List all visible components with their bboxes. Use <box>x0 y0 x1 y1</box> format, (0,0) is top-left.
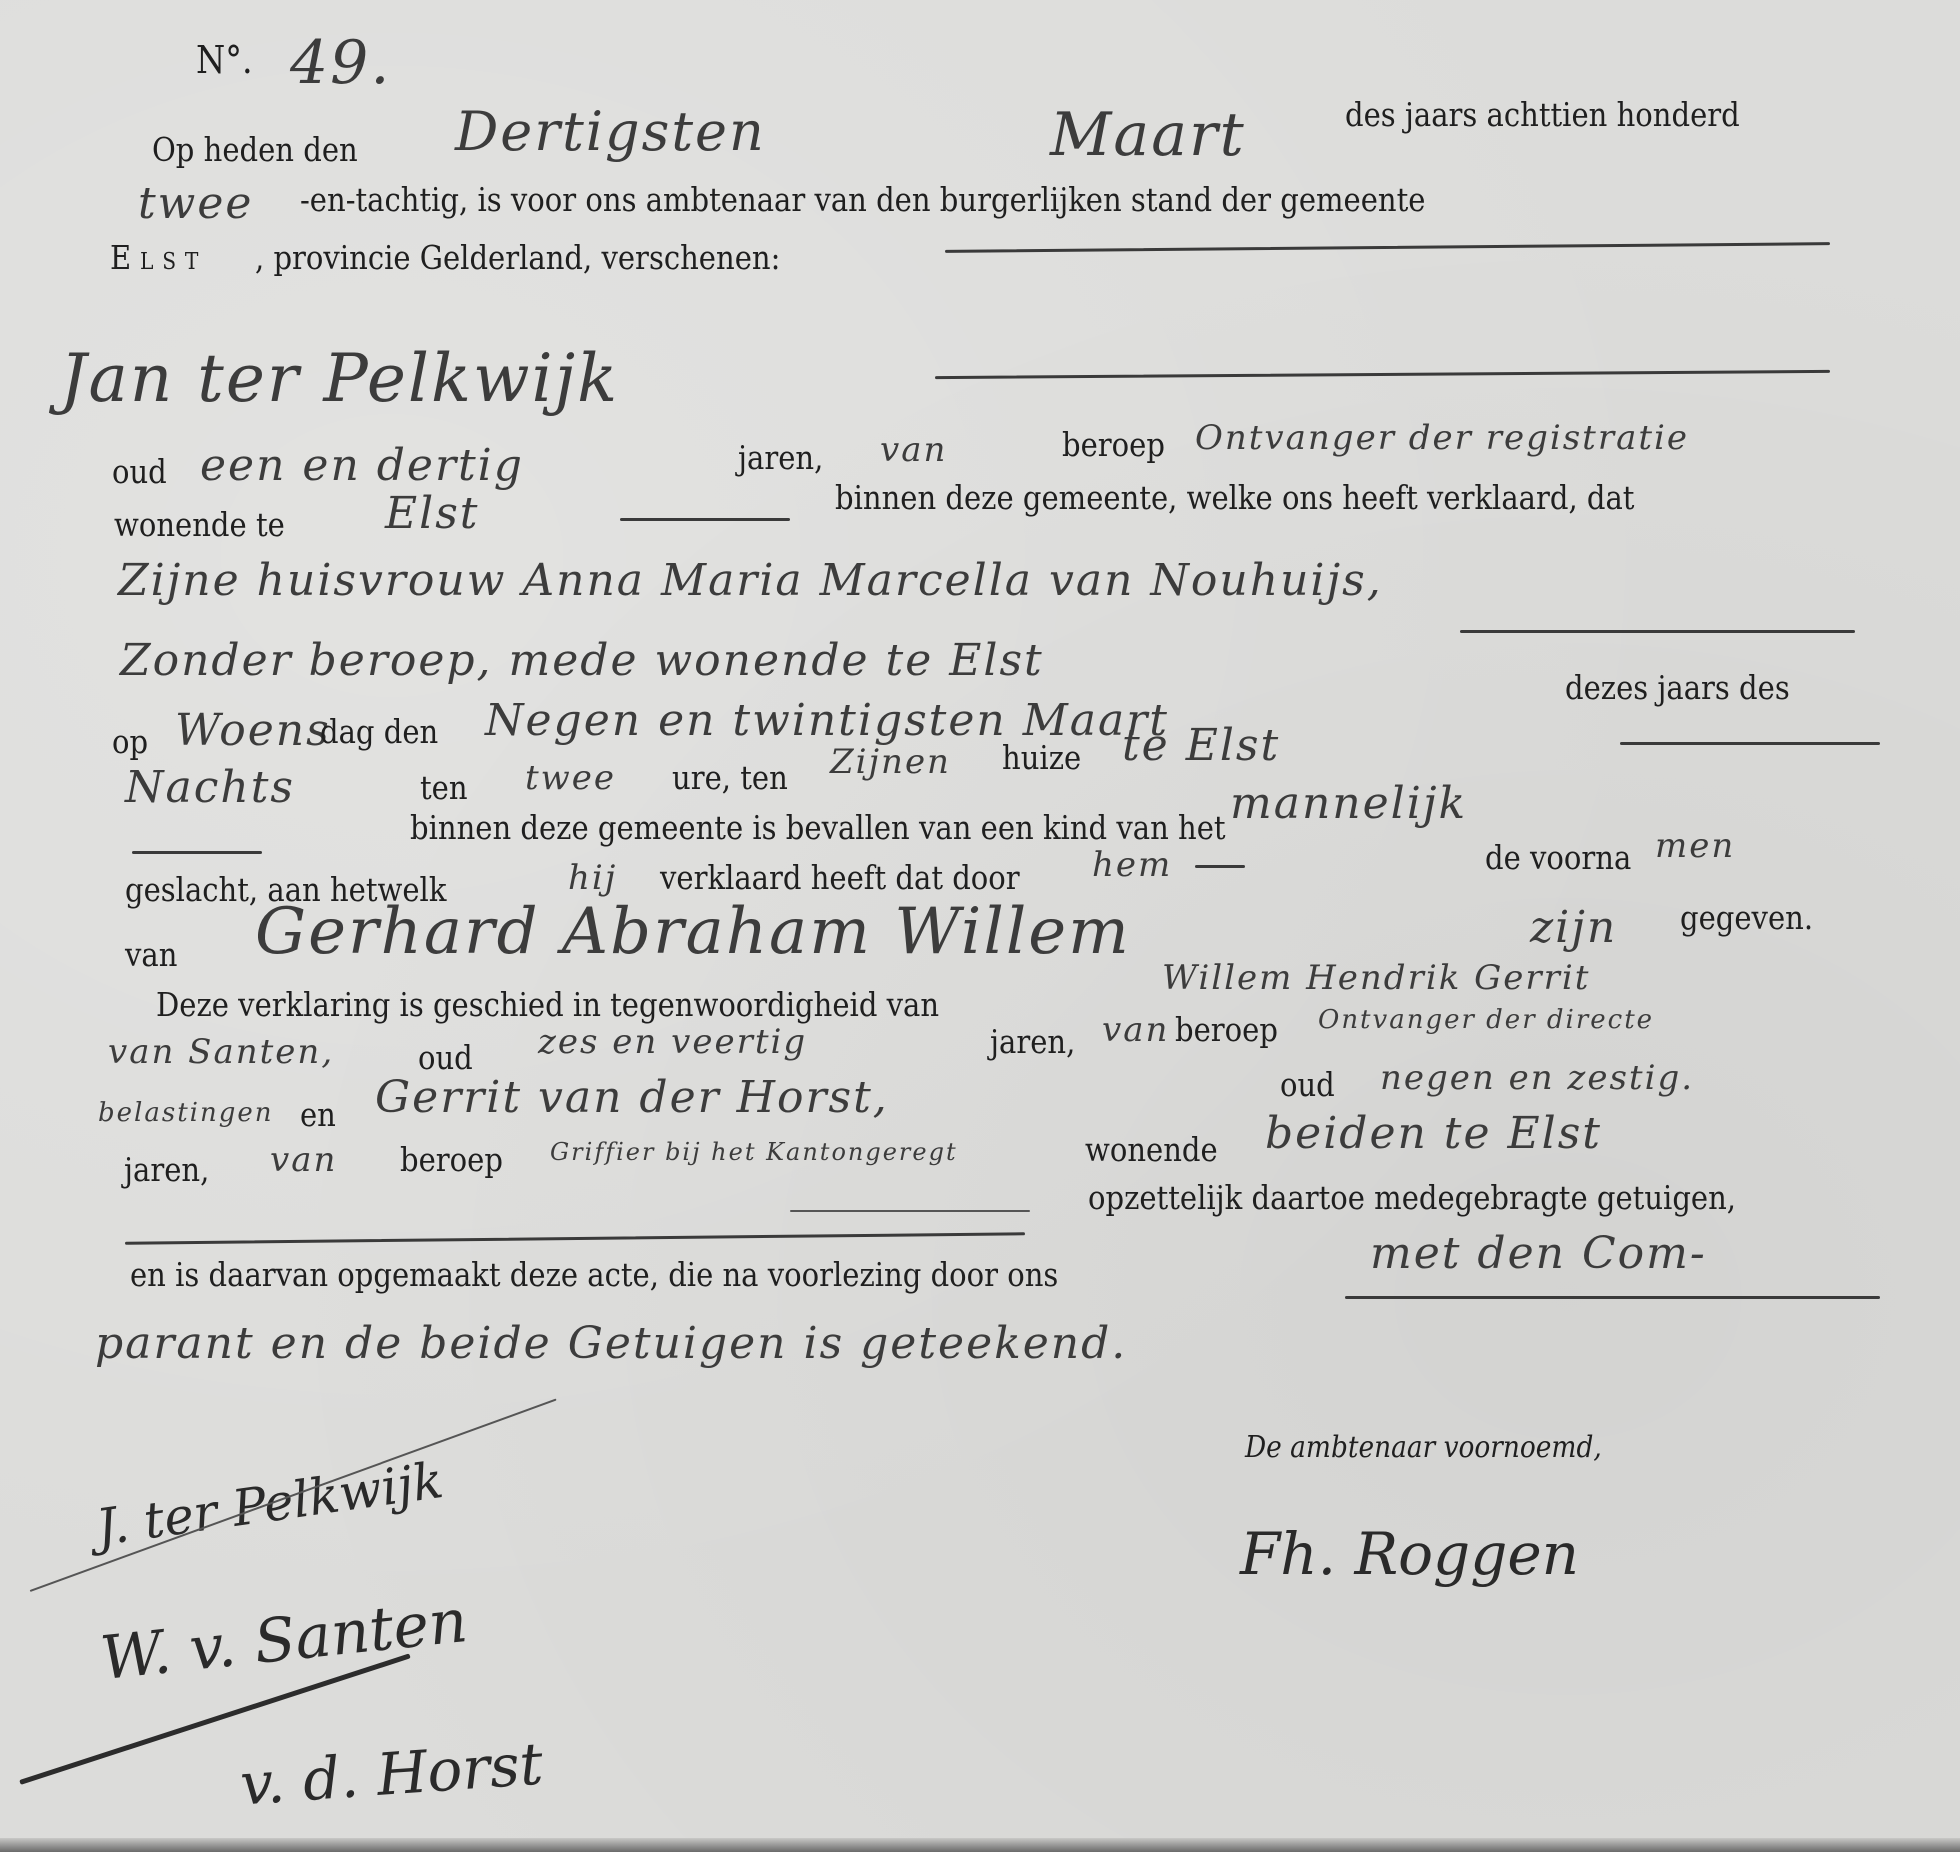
van-label: van <box>125 935 177 974</box>
whose-house: Zijnen <box>830 742 951 782</box>
child-sex: mannelijk <box>1230 778 1467 829</box>
witness1-surname: van Santen, <box>108 1032 334 1072</box>
mother-occupation-residence: Zonder beroep, mede wonende te Elst <box>120 635 1044 686</box>
closing-hand-1: met den Com- <box>1370 1228 1707 1279</box>
zijn-hand: zijn <box>1530 902 1617 953</box>
witness2-name: Gerrit van der Horst, <box>375 1072 889 1123</box>
line6-prefix: wonende te <box>114 505 285 544</box>
van-hand: van <box>1102 1010 1169 1050</box>
ten-label: ten <box>420 768 468 807</box>
witness2-occupation: Griffier bij het Kantongeregt <box>550 1138 958 1166</box>
line1-suffix: des jaars achttien honderd <box>1345 95 1740 134</box>
van-hand: van <box>270 1140 337 1180</box>
jaren-label: jaren, <box>990 1022 1075 1061</box>
line9-suffix: dezes jaars des <box>1565 668 1790 707</box>
witness1-occupation: Ontvanger der directe <box>1318 1005 1654 1035</box>
declarant-occupation: Ontvanger der registratie <box>1195 418 1689 458</box>
line18-text: opzettelijk daartoe medegebragte getuige… <box>1088 1178 1736 1217</box>
witness2-signature: v. d. Horst <box>238 1730 545 1819</box>
witness2-age: negen en zestig. <box>1380 1058 1694 1098</box>
line14-prefix: Deze verklaring is geschied in tegenwoor… <box>156 985 939 1024</box>
record-number-label: N°. <box>196 38 253 82</box>
fill-line <box>1345 1296 1880 1299</box>
witness1-age: zes en veertig <box>538 1022 807 1062</box>
record-number: 49. <box>290 28 391 98</box>
beroep-label: beroep <box>1175 1010 1278 1049</box>
oud-label: oud <box>1280 1065 1335 1104</box>
line12-hand-suffix: men <box>1655 826 1735 866</box>
en-label: en <box>300 1095 336 1134</box>
witnesses-residence: beiden te Elst <box>1265 1108 1602 1159</box>
birth-weekday: Woens <box>175 705 331 756</box>
declarer-pronoun: hij <box>568 858 617 898</box>
line12-suffix: de voorna <box>1485 838 1631 877</box>
witness1-occupation-cont: belastingen <box>98 1098 273 1128</box>
witness1-signature: W. v. Santen <box>97 1586 470 1694</box>
beroep-label: beroep <box>1062 425 1165 464</box>
line3-suffix: , provincie Gelderland, verschenen: <box>255 238 780 277</box>
op-label: op <box>112 722 148 761</box>
birth-time-of-day: Nachts <box>125 762 295 813</box>
huize-label: huize <box>1002 738 1081 777</box>
dag-den-label: dag den <box>320 712 438 751</box>
fill-line <box>790 1210 1030 1212</box>
line2-suffix: -en-tachtig, is voor ons ambtenaar van d… <box>300 180 1425 219</box>
wonende-label: wonende <box>1085 1130 1218 1169</box>
fill-line <box>620 518 790 521</box>
line19-text: en is daarvan opgemaakt deze acte, die n… <box>130 1255 1058 1294</box>
fill-line <box>945 242 1830 253</box>
jaren-label: jaren, <box>124 1150 209 1189</box>
birth-place: te Elst <box>1122 720 1280 771</box>
jaren-label: jaren, <box>738 438 823 477</box>
closing-hand-2: parant en de beide Getuigen is geteekend… <box>95 1318 1127 1369</box>
declarant-residence: Elst <box>385 488 479 539</box>
signature-flourish <box>30 1399 557 1592</box>
by-whom: hem <box>1092 845 1172 885</box>
official-signature: Fh. Roggen <box>1240 1520 1579 1588</box>
page-bottom-edge <box>0 1838 1960 1852</box>
municipality: Elst <box>110 238 207 277</box>
birth-hour: twee <box>525 758 616 798</box>
beroep-label: beroep <box>400 1140 503 1179</box>
fill-line <box>1460 630 1855 633</box>
ure-label: ure, ten <box>672 758 788 797</box>
year-word: twee <box>138 178 253 229</box>
line13-suffix: gegeven. <box>1680 898 1813 937</box>
fill-line <box>1195 865 1245 868</box>
line12-mid: verklaard heeft dat door <box>660 858 1020 897</box>
line6-suffix: binnen deze gemeente, welke ons heeft ve… <box>835 478 1634 517</box>
birth-record-month: Maart <box>1050 100 1246 170</box>
oud-label: oud <box>112 452 167 491</box>
fill-line <box>125 1232 1025 1244</box>
fill-line <box>1620 742 1880 745</box>
birth-record-day: Dertigsten <box>455 100 766 163</box>
fill-line <box>132 851 262 854</box>
fill-line <box>935 370 1830 379</box>
declarant-age: een en dertig <box>200 440 524 491</box>
mother-line: Zijne huisvrouw Anna Maria Marcella van … <box>118 555 1383 606</box>
official-label: De ambtenaar voornoemd, <box>1245 1430 1602 1465</box>
witness1-first-names: Willem Hendrik Gerrit <box>1162 958 1590 998</box>
declarant-name: Jan ter Pelkwijk <box>60 340 619 417</box>
line1-prefix: Op heden den <box>152 130 358 169</box>
line11-text: binnen deze gemeente is bevallen van een… <box>410 808 1226 847</box>
child-name: Gerhard Abraham Willem <box>255 895 1131 969</box>
van-hand: van <box>880 430 947 470</box>
